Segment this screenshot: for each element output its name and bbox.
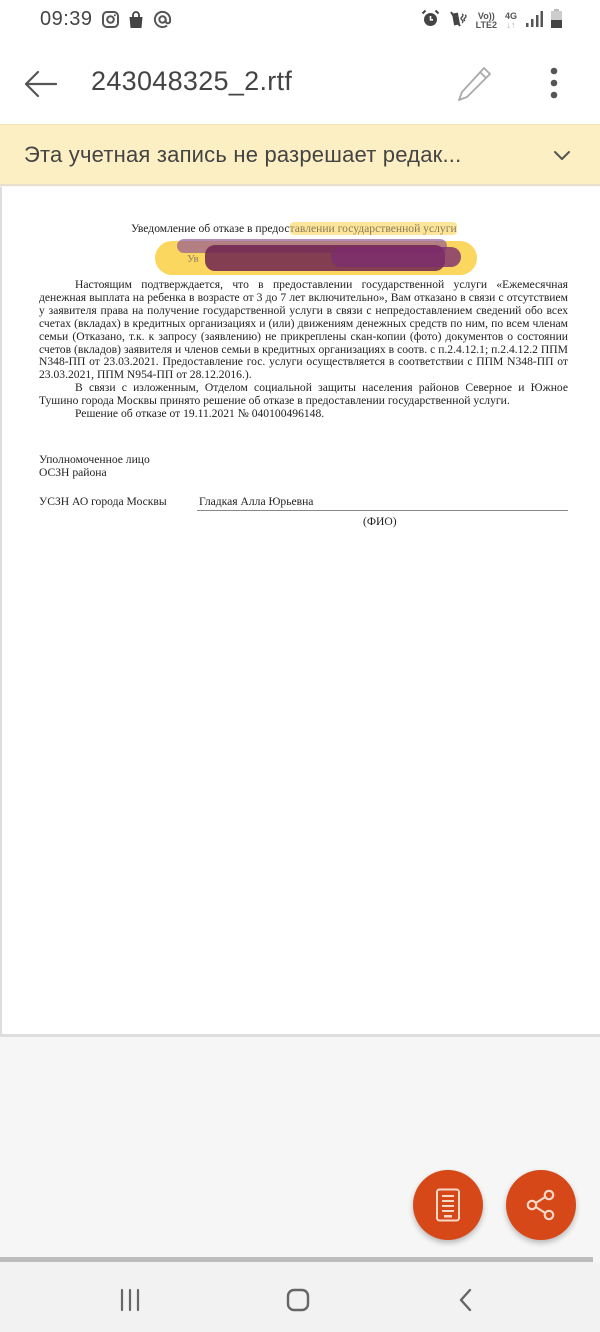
- file-title: 243048325_2.rtf: [91, 66, 292, 97]
- notification-icons: [102, 10, 172, 34]
- reader-mode-icon: [435, 1188, 461, 1222]
- title-highlight: тавлении государственной услуги: [290, 222, 457, 235]
- 4g-icon: 4G ↓↑: [505, 12, 517, 30]
- organization-name: УСЗН АО города Москвы: [39, 496, 167, 509]
- vibrate-icon: [448, 10, 468, 33]
- redacted-text-fragment: Ув: [187, 253, 199, 266]
- arrow-left-icon: [20, 64, 64, 104]
- redaction-mark: [331, 247, 461, 267]
- recents-button[interactable]: [105, 1280, 155, 1320]
- back-nav-button[interactable]: [441, 1280, 491, 1320]
- at-sign-icon: [153, 10, 172, 34]
- document-page[interactable]: Уведомление об отказе в предоставлении г…: [0, 187, 600, 1037]
- app-bar: 243048325_2.rtf: [0, 44, 600, 124]
- name-caption: (ФИО): [363, 516, 397, 529]
- instagram-icon: [102, 11, 119, 33]
- more-vertical-icon: [538, 62, 570, 106]
- status-time: 09:39: [40, 8, 93, 31]
- volte-icon: Vo)) LTE2: [476, 12, 497, 30]
- signer-dept: ОСЗН района: [39, 466, 150, 479]
- pencil-icon: [452, 62, 496, 106]
- edit-button[interactable]: [452, 62, 496, 106]
- share-icon: [524, 1188, 558, 1222]
- signature-row: УСЗН АО города Москвы Гладкая Алла Юрьев…: [39, 496, 568, 512]
- banner-message: Эта учетная запись не разрешает редак...: [24, 142, 461, 168]
- signer-role: Уполномоченное лицо: [39, 453, 150, 466]
- back-chevron-icon: [456, 1287, 476, 1313]
- back-button[interactable]: [20, 64, 64, 104]
- permission-banner[interactable]: Эта учетная запись не разрешает редак...: [0, 124, 600, 186]
- status-bar: 09:39 Vo)) LTE2 4G ↓↑: [0, 0, 600, 44]
- home-icon: [285, 1287, 311, 1313]
- signal-icon: [525, 11, 543, 32]
- paragraph-main: Настоящим подтверждается, что в предоста…: [39, 279, 568, 382]
- more-options-button[interactable]: [538, 62, 570, 106]
- signer-block: Уполномоченное лицо ОСЗН района: [39, 453, 150, 479]
- alarm-icon: [421, 9, 440, 33]
- share-button[interactable]: [506, 1170, 576, 1240]
- recents-icon: [118, 1288, 142, 1312]
- reader-mode-button[interactable]: [413, 1170, 483, 1240]
- battery-icon: [551, 9, 562, 33]
- paragraph-decision-number: Решение об отказе от 19.11.2021 № 040100…: [39, 408, 568, 421]
- chevron-down-icon[interactable]: [548, 141, 576, 169]
- system-navigation-bar: [0, 1262, 600, 1332]
- paragraph-decision: В связи с изложенным, Отделом социальной…: [39, 382, 568, 408]
- document-title: Уведомление об отказе в предоставлении г…: [131, 223, 457, 236]
- redacted-area: Ув: [155, 237, 485, 279]
- system-icons: Vo)) LTE2 4G ↓↑: [421, 9, 562, 33]
- shopping-bag-icon: [128, 11, 144, 34]
- signer-name: Гладкая Алла Юрьевна: [197, 496, 568, 511]
- home-button[interactable]: [273, 1280, 323, 1320]
- document-body: Настоящим подтверждается, что в предоста…: [39, 279, 568, 421]
